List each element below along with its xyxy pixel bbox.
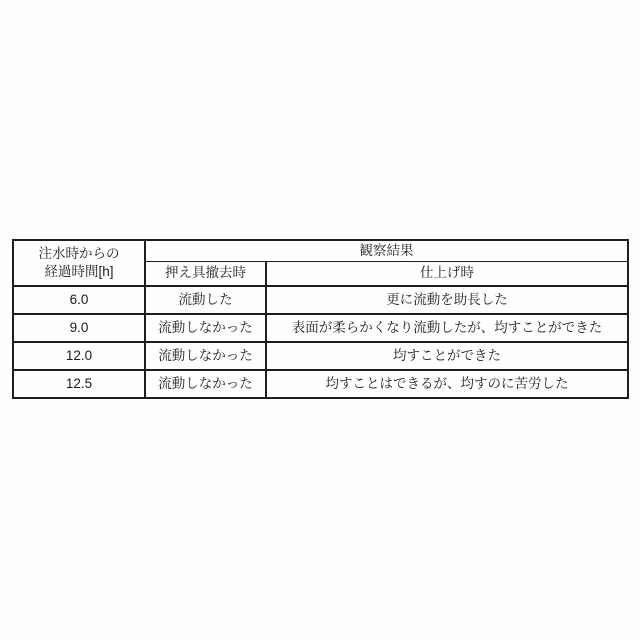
elapsed-time-header-line1: 注水時からの xyxy=(16,245,142,263)
time-cell: 6.0 xyxy=(13,286,145,314)
table-row: 12.0 流動しなかった 均すことができた xyxy=(13,342,628,370)
finishing-cell: 均すことはできるが、均すのに苦労した xyxy=(266,370,628,398)
press-removal-header-cell: 押え具撤去時 xyxy=(145,261,266,286)
finishing-cell: 表面が柔らかくなり流動したが、均すことができた xyxy=(266,314,628,342)
elapsed-time-header-line2: 経過時間[h] xyxy=(16,263,142,281)
table-row: 6.0 流動した 更に流動を助長した xyxy=(13,286,628,314)
finishing-cell: 均すことができた xyxy=(266,342,628,370)
elapsed-time-header-cell: 注水時からの 経過時間[h] xyxy=(13,240,145,286)
header-row-group: 注水時からの 経過時間[h] 観察結果 xyxy=(13,240,628,261)
table-row: 9.0 流動しなかった 表面が柔らかくなり流動したが、均すことができた xyxy=(13,314,628,342)
time-cell: 12.0 xyxy=(13,342,145,370)
removal-cell: 流動した xyxy=(145,286,266,314)
removal-cell: 流動しなかった xyxy=(145,342,266,370)
time-cell: 9.0 xyxy=(13,314,145,342)
finishing-cell: 更に流動を助長した xyxy=(266,286,628,314)
observation-table: 注水時からの 経過時間[h] 観察結果 押え具撤去時 仕上げ時 6.0 流動した… xyxy=(12,239,629,399)
time-cell: 12.5 xyxy=(13,370,145,398)
document-page: 注水時からの 経過時間[h] 観察結果 押え具撤去時 仕上げ時 6.0 流動した… xyxy=(0,0,640,640)
removal-cell: 流動しなかった xyxy=(145,370,266,398)
finishing-header-cell: 仕上げ時 xyxy=(266,261,628,286)
observation-result-header-cell: 観察結果 xyxy=(145,240,628,261)
table-row: 12.5 流動しなかった 均すことはできるが、均すのに苦労した xyxy=(13,370,628,398)
removal-cell: 流動しなかった xyxy=(145,314,266,342)
